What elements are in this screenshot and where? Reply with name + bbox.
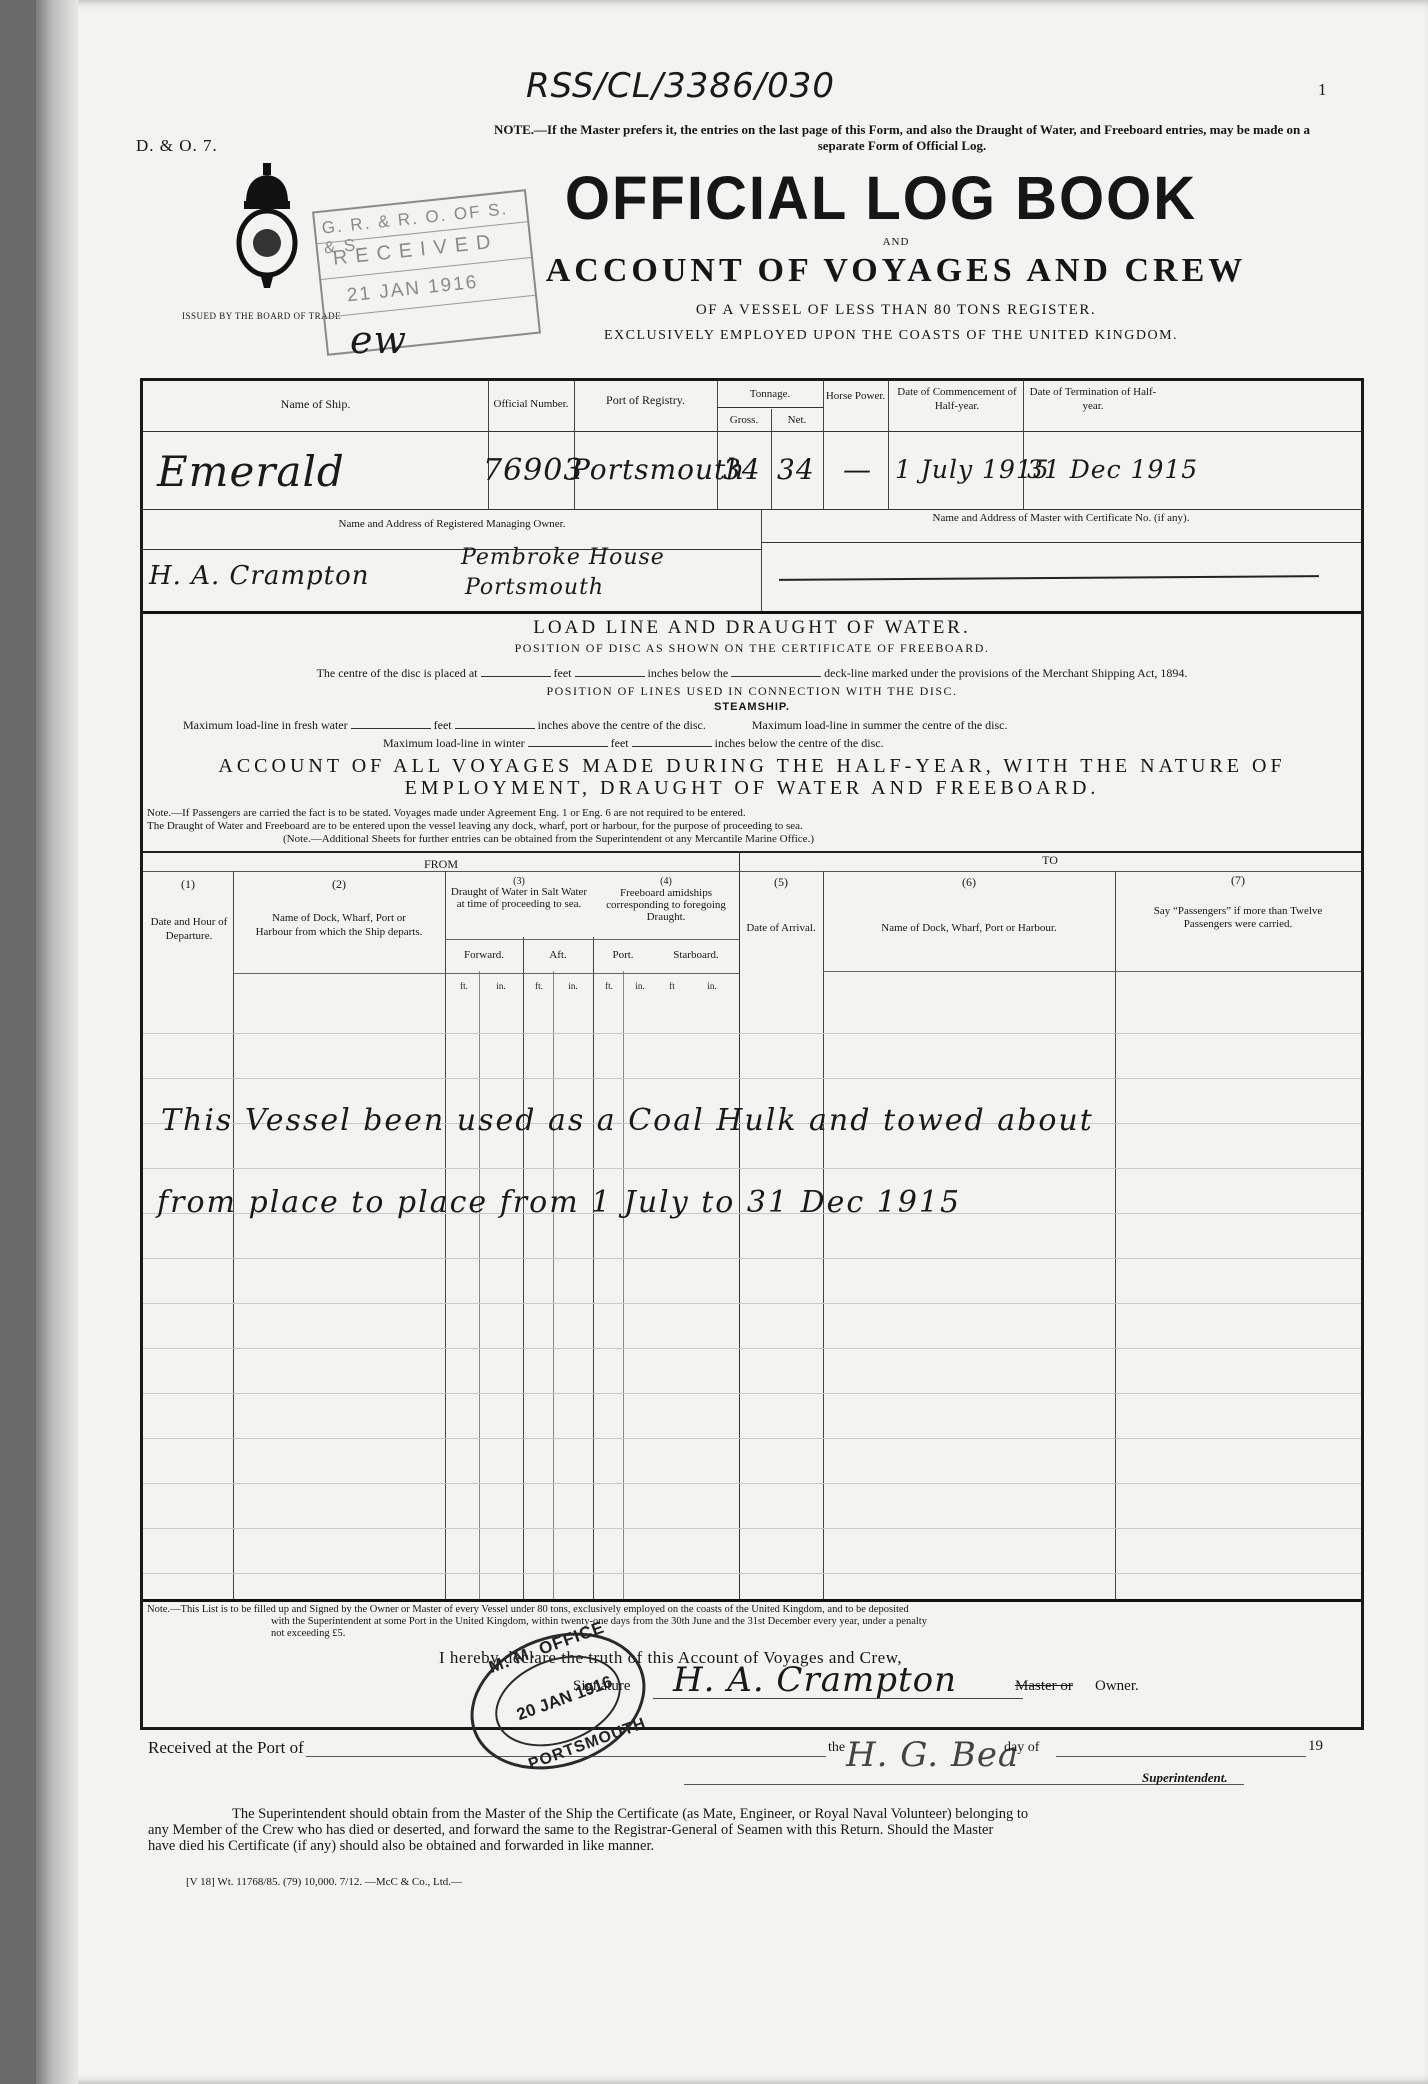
header-port-of-registry: Port of Registry. (574, 393, 717, 407)
printer-imprint: [V 18] Wt. 11768/85. (79) 10,000. 7/12. … (186, 1876, 462, 1888)
issued-by: ISSUED BY THE BOARD OF TRADE (182, 311, 341, 321)
from-label: FROM (143, 857, 739, 871)
unit-ft: ft (657, 979, 687, 993)
col-5-label: Date of Arrival. (743, 921, 819, 935)
sub-col-starboard: Starboard. (653, 948, 739, 962)
royal-crest-icon (236, 163, 298, 293)
master-blank-dash (779, 575, 1319, 581)
official-number-value: 76903 (483, 453, 583, 488)
col-6-label: Name of Dock, Wharf, Port or Harbour. (843, 921, 1095, 935)
disc-heading: POSITION OF DISC AS SHOWN ON THE CERTIFI… (143, 641, 1361, 656)
voyages-title-line-1: ACCOUNT OF ALL VOYAGES MADE DURING THE H… (143, 755, 1361, 778)
year-prefix: 19 (1308, 1738, 1323, 1755)
steamship-heading: STEAMSHIP. (143, 701, 1361, 713)
page-number: 1 (1318, 80, 1327, 100)
voyages-note-line-3: (Note.—Additional Sheets for further ent… (283, 833, 1283, 845)
owner-address-line-1: Pembroke House (461, 545, 665, 570)
voyages-note-line-2: The Draught of Water and Freeboard are t… (147, 820, 1347, 832)
log-book-page: RSS/CL/3386/030 1 D. & O. 7. NOTE.—If th… (36, 0, 1428, 2084)
unit-ft: ft. (525, 979, 553, 993)
received-at-port-label: Received at the Port of (148, 1738, 304, 1758)
header-horse-power: Horse Power. (823, 389, 888, 403)
sub-col-aft: Aft. (523, 948, 593, 962)
fresh-water-line: Maximum load-line in fresh water feet in… (183, 718, 1363, 733)
unit-in: in. (689, 979, 735, 993)
disc-position-line: The centre of the disc is placed at feet… (143, 666, 1361, 681)
col-6-number: (6) (823, 875, 1115, 889)
gross-tonnage-value: 34 (723, 453, 761, 486)
header-tonnage: Tonnage. (717, 387, 823, 401)
net-tonnage-value: 34 (777, 453, 815, 486)
unit-ft: ft. (595, 979, 623, 993)
sub-col-port: Port. (593, 948, 653, 962)
header-gross: Gross. (717, 413, 771, 427)
unit-in: in. (481, 979, 521, 993)
header-net: Net. (771, 413, 823, 427)
owner-label: Owner. (1095, 1678, 1139, 1695)
header-termination: Date of Termination of Half-year. (1025, 385, 1161, 413)
form-box: Name of Ship. Official Number. Port of R… (140, 378, 1364, 1602)
superintendent-label: Superintendent. (1142, 1770, 1228, 1786)
termination-value: 31 Dec 1915 (1027, 455, 1198, 484)
subtitle-line-2: EXCLUSIVELY EMPLOYED UPON THE COASTS OF … (496, 328, 1286, 344)
page-title: OFFICIAL LOG BOOK (516, 163, 1246, 233)
col-1-number: (1) (143, 877, 233, 891)
col-4-label: Freeboard amidships corresponding to for… (595, 887, 737, 923)
footer-note-line-1: Note.—This List is to be filled up and S… (147, 1604, 1357, 1616)
col-3-label: Draught of Water in Salt Water at time o… (447, 886, 591, 910)
superintendent-instructions: The Superintendent should obtain from th… (148, 1806, 1360, 1854)
sub-col-forward: Forward. (445, 948, 523, 962)
subtitle-line-1: OF A VESSEL OF LESS THAN 80 TONS REGISTE… (536, 302, 1256, 319)
footer-note-line-3: not exceeding £5. (147, 1628, 1357, 1640)
instructions-line-1: The Superintendent should obtain from th… (148, 1806, 1360, 1822)
voyage-entry-line-1: This Vessel been used as a Coal Hulk and… (161, 1103, 1094, 1138)
voyages-title-line-2: EMPLOYMENT, DRAUGHT OF WATER AND FREEBOA… (143, 777, 1361, 800)
col-2-number: (2) (233, 877, 445, 891)
col-7-number: (7) (1115, 873, 1361, 887)
instructions-line-2: any Member of the Crew who has died or d… (148, 1822, 1360, 1838)
header-official-number: Official Number. (488, 397, 574, 411)
horse-power-value: — (843, 453, 872, 486)
archive-reference: RSS/CL/3386/030 (526, 66, 835, 106)
col-5-number: (5) (739, 875, 823, 889)
ship-name-value: Emerald (157, 447, 345, 496)
load-line-title: LOAD LINE AND DRAUGHT OF WATER. (143, 617, 1361, 639)
title-and: AND (816, 236, 976, 248)
the-label: the (828, 1740, 845, 1756)
voyages-note-line-1: Note.—If Passengers are carried the fact… (147, 807, 1347, 819)
superintendent-signature: H. G. Bea (846, 1735, 1019, 1775)
page-subtitle: ACCOUNT OF VOYAGES AND CREW (466, 252, 1326, 290)
master-struck-label: Master or (1015, 1678, 1073, 1695)
unit-in: in. (555, 979, 591, 993)
lines-heading: POSITION OF LINES USED IN CONNECTION WIT… (143, 684, 1361, 699)
col-7-label: Say “Passengers” if more than Twelve Pas… (1133, 905, 1343, 931)
top-note: NOTE.—If the Master prefers it, the entr… (472, 122, 1332, 154)
owner-header: Name and Address of Registered Managing … (143, 517, 761, 531)
unit-ft: ft. (449, 979, 479, 993)
col-2-label: Name of Dock, Wharf, Port or Harbour fro… (253, 911, 425, 939)
winter-line: Maximum load-line in winter feet inches … (383, 736, 1283, 751)
voyage-entry-line-2: from place to place from 1 July to 31 De… (157, 1185, 961, 1220)
owner-name-value: H. A. Crampton (149, 561, 369, 591)
owner-address-line-2: Portsmouth (465, 575, 604, 600)
master-header: Name and Address of Master with Certific… (761, 511, 1361, 525)
day-of-label: day of (1004, 1740, 1039, 1756)
declaration-box: Note.—This List is to be filled up and S… (140, 1600, 1364, 1730)
instructions-line-3: have died his Certificate (if any) shoul… (148, 1838, 1360, 1854)
col-1-label: Date and Hour of Departure. (147, 915, 231, 943)
header-name-of-ship: Name of Ship. (143, 397, 488, 411)
to-label: TO (739, 853, 1361, 867)
handwritten-initials: ew (350, 318, 407, 362)
owner-signature: H. A. Crampton (673, 1660, 957, 1700)
form-code: D. & O. 7. (136, 136, 218, 156)
binding-edge (36, 0, 78, 2084)
unit-in: in. (625, 979, 655, 993)
footer-note: Note.—This List is to be filled up and S… (147, 1604, 1357, 1640)
header-commencement: Date of Commencement of Half-year. (893, 385, 1021, 413)
footer-note-line-2: with the Superintendent at some Port in … (147, 1616, 1357, 1628)
port-of-registry-value: Portsmouth (571, 453, 745, 486)
